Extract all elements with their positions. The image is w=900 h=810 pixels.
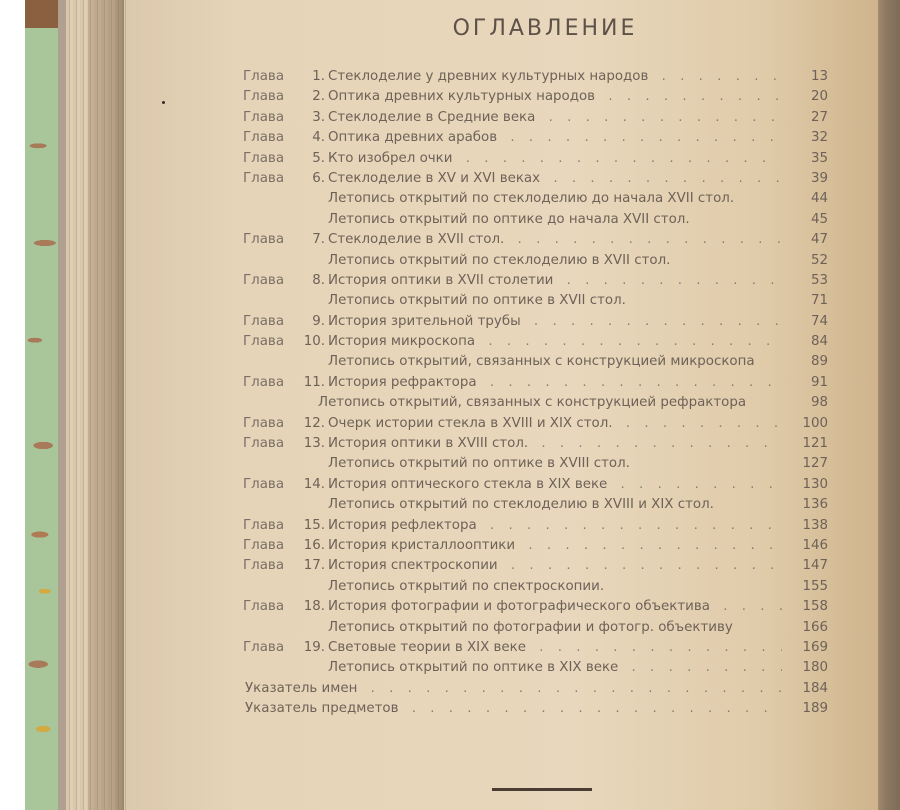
chapter-number: 17. [291, 556, 325, 576]
page-number: 74 [788, 312, 828, 332]
chapter-label: Глава [243, 128, 291, 148]
chapter-number: 13. [291, 434, 325, 454]
chapter-label: Глава [243, 638, 291, 658]
toc-entry-title: Летопись открытий по оптике в XVII стол. [328, 293, 630, 308]
toc-chronicle-row: Летопись открытий по спектроскопии.155 [243, 577, 828, 597]
toc-chronicle-row: Летопись открытий по оптике в XIX веке .… [243, 658, 828, 678]
toc-chapter-row: Глава1.Стеклоделие у древних культурных … [243, 67, 828, 87]
toc-chapter-row: Глава17.История спектроскопии . . . . . … [243, 556, 828, 576]
chapter-label: Глава [243, 108, 291, 128]
toc-entry-title: Оптика древних арабов [328, 130, 501, 145]
chapter-number: 1. [291, 67, 325, 87]
toc-chronicle-row: Летопись открытий по стеклоделию в XVII … [243, 251, 828, 271]
toc-entry-title: История кристаллооптики [328, 538, 519, 553]
chapter-label: Глава [243, 516, 291, 536]
chapter-number: 5. [291, 149, 325, 169]
page-number: 184 [788, 679, 828, 699]
chapter-number: 11. [291, 373, 325, 393]
toc-entry-title: История оптического стекла в XIX веке [328, 477, 611, 492]
chapter-number: 3. [291, 108, 325, 128]
dot-leader: . . . . . . . . . . . . . . . . . . . . … [479, 334, 782, 349]
page-number: 47 [788, 230, 828, 250]
dot-leader: . . . . . . . . . . . . . . . . . . . . … [652, 69, 782, 84]
toc-entry-title: Летопись открытий по фотографии и фотогр… [328, 620, 737, 635]
toc-entry-title: Стеклоделие в Средние века [328, 110, 539, 125]
toc-entry-title: Указатель предметов [245, 701, 403, 716]
page-number: 121 [788, 434, 828, 454]
chapter-label: Глава [243, 67, 291, 87]
page-number: 136 [788, 495, 828, 515]
toc-entry-title: История рефлектора [328, 518, 481, 533]
chapter-number: 7. [291, 230, 325, 250]
chapter-number: 16. [291, 536, 325, 556]
toc-chapter-row: Глава4.Оптика древних арабов . . . . . .… [243, 128, 828, 148]
toc-chronicle-row: Летопись открытий по стеклоделию в XVIII… [243, 495, 828, 515]
chapter-number: 9. [291, 312, 325, 332]
toc-entry-title: Летопись открытий по стеклоделию в XVIII… [328, 497, 718, 512]
toc-entry-title: Стеклоделие в XVII стол. [328, 232, 508, 247]
chapter-label: Глава [243, 434, 291, 454]
page-number: 53 [788, 271, 828, 291]
toc-chronicle-row: Летопись открытий по фотографии и фотогр… [243, 618, 828, 638]
chapter-label: Глава [243, 373, 291, 393]
toc-chronicle-row: Летопись открытий, связанных с конструкц… [243, 393, 828, 413]
page-number: 166 [788, 618, 828, 638]
chapter-label: Глава [243, 414, 291, 434]
chapter-number: 2. [291, 87, 325, 107]
toc-entry-title: Летопись открытий по оптике в XIX веке [328, 660, 622, 675]
page-number: 138 [788, 516, 828, 536]
toc-chronicle-row: Летопись открытий по оптике в XVIII стол… [243, 454, 828, 474]
toc-entry-title: Летопись открытий по стеклоделию в XVII … [328, 253, 674, 268]
dot-leader: . . . . . . . . . . . . . . . . . . . . … [525, 314, 782, 329]
toc-chapter-row: Глава18.История фотографии и фотографиче… [243, 597, 828, 617]
chapter-number: 4. [291, 128, 325, 148]
page-number: 52 [788, 251, 828, 271]
toc-chapter-row: Глава8.История оптики в XVII столетии . … [243, 271, 828, 291]
toc-chapter-row: Глава13.История оптики в XVIII стол. . .… [243, 434, 828, 454]
toc-entry-title: Оптика древних культурных народов [328, 89, 599, 104]
chapter-number: 18. [291, 597, 325, 617]
chapter-number: 12. [291, 414, 325, 434]
dot-leader: . . . . . . . . . . . . . . . . . . . . … [599, 89, 782, 104]
chapter-number: 6. [291, 169, 325, 189]
dot-leader: . . . . . . . . . . . . . . . . . . . . … [532, 436, 782, 451]
toc-chapter-row: Глава19.Световые теории в XIX веке . . .… [243, 638, 828, 658]
chapter-label: Глава [243, 87, 291, 107]
toc-chapter-row: Глава6.Стеклоделие в XV и XVI веках . . … [243, 169, 828, 189]
toc-entry-title: Очерк истории стекла в XVIII и XIX стол. [328, 416, 617, 431]
page-number: 158 [788, 597, 828, 617]
page-title: ОГЛАВЛЕНИЕ [126, 16, 900, 41]
chapter-label: Глава [243, 149, 291, 169]
toc-entry-title: Летопись открытий по спектроскопии. [328, 579, 608, 594]
page-number: 84 [788, 332, 828, 352]
dot-leader: . . . . . . . . . . . . . . . . . . . . … [481, 518, 782, 533]
dot-leader: . . . . . . . . . . . . . . . . . . . . … [617, 416, 782, 431]
page-number: 39 [788, 169, 828, 189]
page-number: 98 [788, 393, 828, 413]
bottom-rule [492, 788, 592, 791]
toc-entry-title: История фотографии и фотографического об… [328, 599, 714, 614]
dot-leader: . . . . . . . . . . . . . . . . . . . . … [502, 558, 782, 573]
toc-entry-title: История микроскопа [328, 334, 479, 349]
toc-chapter-row: Глава5.Кто изобрел очки . . . . . . . . … [243, 149, 828, 169]
toc-entry-title: Указатель имен [245, 681, 361, 696]
toc-chapter-row: Глава9.История зрительной трубы . . . . … [243, 312, 828, 332]
ink-speck [162, 101, 165, 104]
page-number: 71 [788, 291, 828, 311]
chapter-number: 19. [291, 638, 325, 658]
marbled-cover-edge [25, 0, 58, 810]
dot-leader: . . . . . . . . . . . . . . . . . . . . … [530, 640, 782, 655]
toc-entry-title: История оптики в XVII столетии [328, 273, 557, 288]
dot-leader: . . . . . . . . . . . . . . . . . . . . … [361, 681, 782, 696]
page-number: 45 [788, 210, 828, 230]
chapter-label: Глава [243, 332, 291, 352]
page-number: 32 [788, 128, 828, 148]
chapter-number: 8. [291, 271, 325, 291]
right-page-edge [878, 0, 900, 810]
dot-leader: . . . . . . . . . . . . . . . . . . . . … [611, 477, 782, 492]
toc-entry-title: Световые теории в XIX веке [328, 640, 530, 655]
toc-entry-title: Летопись открытий по оптике до начала XV… [328, 212, 694, 227]
toc-chronicle-row: Летопись открытий по стеклоделию до нача… [243, 189, 828, 209]
binding-edge [58, 0, 66, 810]
page-number: 100 [788, 414, 828, 434]
toc-chronicle-row: Летопись открытий, связанных с конструкц… [243, 352, 828, 372]
chapter-number: 14. [291, 475, 325, 495]
page-number: 127 [788, 454, 828, 474]
dot-leader: . . . . . . . . . . . . . . . . . . . . … [622, 660, 782, 675]
chapter-label: Глава [243, 271, 291, 291]
toc-entry-title: История зрительной трубы [328, 314, 525, 329]
dot-leader: . . . . . . . . . . . . . . . . . . . . … [544, 171, 782, 186]
page-number: 180 [788, 658, 828, 678]
page-number: 130 [788, 475, 828, 495]
dot-leader: . . . . . . . . . . . . . . . . . . . . … [557, 273, 782, 288]
page-number: 44 [788, 189, 828, 209]
toc-chronicle-row: Летопись открытий по оптике до начала XV… [243, 210, 828, 230]
toc-chapter-row: Глава3.Стеклоделие в Средние века . . . … [243, 108, 828, 128]
toc-entry-title: История оптики в XVIII стол. [328, 436, 532, 451]
dot-leader: . . . . . . . . . . . . . . . . . . . . … [501, 130, 782, 145]
page-number: 35 [788, 149, 828, 169]
dot-leader: . . . . . . . . . . . . . . . . . . . . … [539, 110, 782, 125]
toc-entry-title: Летопись открытий, связанных с конструкц… [328, 354, 759, 369]
dot-leader: . . . . . . . . . . . . . . . . . . . . … [481, 375, 782, 390]
page-number: 13 [788, 67, 828, 87]
toc-index-row: Указатель имен . . . . . . . . . . . . .… [243, 679, 828, 699]
page-number: 155 [788, 577, 828, 597]
chapter-label: Глава [243, 169, 291, 189]
page-number: 189 [788, 699, 828, 719]
toc-chapter-row: Глава10.История микроскопа . . . . . . .… [243, 332, 828, 352]
dot-leader: . . . . . . . . . . . . . . . . . . . . … [519, 538, 782, 553]
page-number: 147 [788, 556, 828, 576]
toc-chapter-row: Глава12.Очерк истории стекла в XVIII и X… [243, 414, 828, 434]
page-number: 89 [788, 352, 828, 372]
dot-leader: . . . . . . . . . . . . . . . . . . . . … [456, 151, 782, 166]
chapter-label: Глава [243, 597, 291, 617]
dot-leader: . . . . . . . . . . . . . . . . . . . . … [714, 599, 782, 614]
chapter-number: 10. [291, 332, 325, 352]
toc-entry-title: Летопись открытий по оптике в XVIII стол… [328, 456, 634, 471]
page-number: 91 [788, 373, 828, 393]
dot-leader: . . . . . . . . . . . . . . . . . . . . … [508, 232, 782, 247]
page-number: 27 [788, 108, 828, 128]
page-number: 20 [788, 87, 828, 107]
toc-chapter-row: Глава15.История рефлектора . . . . . . .… [243, 516, 828, 536]
toc-chapter-row: Глава14.История оптического стекла в XIX… [243, 475, 828, 495]
page-stack-shadow [88, 0, 124, 810]
toc-chronicle-row: Летопись открытий по оптике в XVII стол.… [243, 291, 828, 311]
background-margin [0, 0, 25, 810]
cover-corner [25, 0, 58, 28]
toc-entry-title: Кто изобрел очки [328, 151, 456, 166]
chapter-label: Глава [243, 230, 291, 250]
toc-entry-title: Летопись открытий по стеклоделию до нача… [328, 191, 738, 206]
toc-index-row: Указатель предметов . . . . . . . . . . … [243, 699, 828, 719]
dot-leader: . . . . . . . . . . . . . . . . . . . . … [403, 701, 782, 716]
chapter-label: Глава [243, 475, 291, 495]
table-of-contents: Глава1.Стеклоделие у древних культурных … [243, 67, 828, 720]
toc-entry-title: Стеклоделие в XV и XVI веках [328, 171, 544, 186]
toc-entry-title: Летопись открытий, связанных с конструкц… [318, 395, 750, 410]
toc-entry-title: История спектроскопии [328, 558, 502, 573]
page-number: 146 [788, 536, 828, 556]
toc-chapter-row: Глава11.История рефрактора . . . . . . .… [243, 373, 828, 393]
chapter-number: 15. [291, 516, 325, 536]
chapter-label: Глава [243, 556, 291, 576]
toc-entry-title: Стеклоделие у древних культурных народов [328, 69, 652, 84]
toc-chapter-row: Глава2.Оптика древних культурных народов… [243, 87, 828, 107]
toc-chapter-row: Глава16.История кристаллооптики . . . . … [243, 536, 828, 556]
page-number: 169 [788, 638, 828, 658]
toc-entry-title: История рефрактора [328, 375, 481, 390]
toc-chapter-row: Глава7.Стеклоделие в XVII стол. . . . . … [243, 230, 828, 250]
chapter-label: Глава [243, 312, 291, 332]
chapter-label: Глава [243, 536, 291, 556]
